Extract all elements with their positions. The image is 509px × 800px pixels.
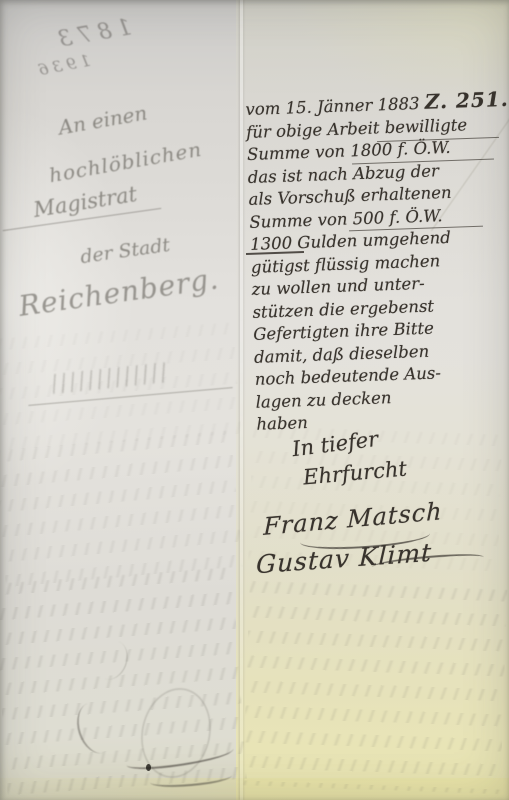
pencil-scribble (125, 741, 234, 772)
bleedthrough-texture (0, 567, 247, 798)
bleedthrough-texture (243, 581, 508, 795)
manuscript-letter-photo: 1873 1936 An einen hochlöblichen Magistr… (0, 0, 509, 800)
address-line: hochlöblichen (47, 137, 204, 188)
pencil-flourish-loop (133, 682, 218, 784)
pencil-scribble (150, 768, 233, 789)
closing-line: Ehrfurcht (302, 457, 408, 490)
ink-blot (146, 764, 151, 771)
pencil-scribble (71, 698, 121, 759)
mirrored-number-annotation: 1873 (50, 15, 133, 54)
address-line: der Stadt (79, 234, 171, 268)
date-text: vom 15. Jänner 1883 (245, 94, 420, 119)
illegible-faint-word (51, 362, 170, 394)
mirrored-number-annotation: 1936 (33, 51, 92, 80)
bottom-yellow-strip (0, 778, 509, 800)
pencil-scribble (90, 636, 133, 684)
page-fold-crease (240, 0, 243, 800)
address-line: Magistrat (32, 182, 139, 222)
bleedthrough-texture (0, 430, 244, 600)
address-line: An einen (57, 100, 149, 139)
file-number: Z. 251. (424, 87, 509, 114)
address-line-city: Reichenberg. (17, 262, 221, 323)
